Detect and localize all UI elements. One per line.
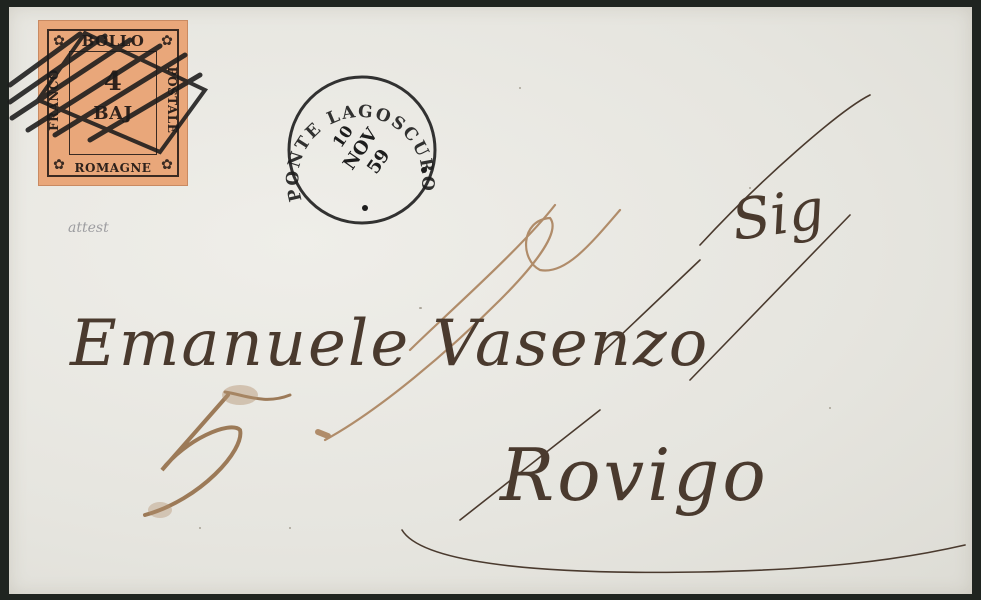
- cover-markings: PONTE LAGOSCURO 10 NOV 59 attest 5 Sig E…: [0, 0, 981, 600]
- postmark: PONTE LAGOSCURO 10 NOV 59: [283, 77, 438, 223]
- address-block: Sig Emanuele Vasenzo Rovigo: [69, 177, 828, 517]
- grid-cancel-icon: [10, 33, 205, 152]
- pencil-note: attest: [68, 220, 109, 236]
- address-salutation: Sig: [728, 177, 828, 254]
- postage-due-value: 5: [20, 19, 21, 21]
- postage-due-marking: [145, 385, 290, 518]
- address-city: Rovigo: [498, 433, 769, 517]
- address-name: Emanuele Vasenzo: [69, 307, 709, 381]
